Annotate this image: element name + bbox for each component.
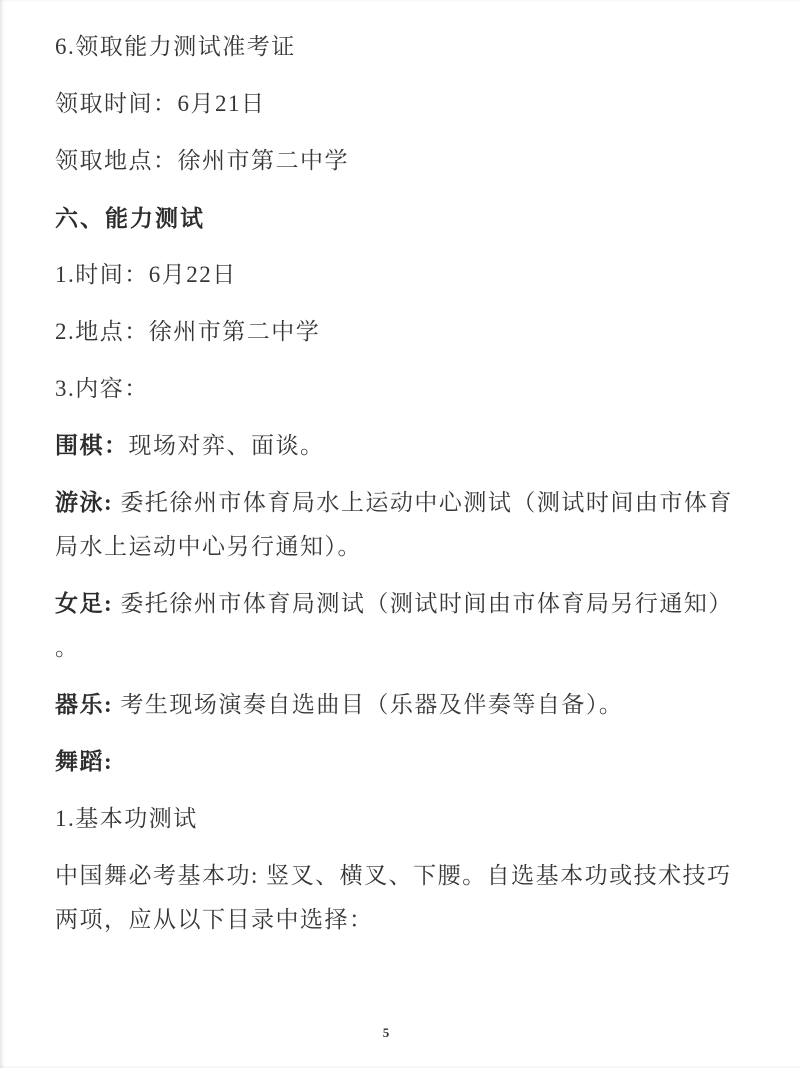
paragraph: 中国舞必考基本功: 竖叉、横叉、下腰。自选基本功或技术技巧 两项，应从以下目录中… xyxy=(55,854,750,942)
text-run: 2.地点：徐州市第二中学 xyxy=(55,319,320,344)
paragraph: 2.地点：徐州市第二中学 xyxy=(55,310,750,354)
text-run: 考生现场演奏自选曲目（乐器及伴奏等自备）。 xyxy=(113,692,623,717)
term-label: 女足: xyxy=(55,591,113,616)
paragraph: 游泳: 委托徐州市体育局水上运动中心测试（测试时间由市体育 局水上运动中心另行通… xyxy=(55,481,750,569)
text-run: 3.内容： xyxy=(55,376,149,401)
section-heading: 六、能力测试 xyxy=(55,196,750,240)
text-run: 领取时间：6月21日 xyxy=(55,91,266,116)
document-body: 6.领取能力测试准考证领取时间：6月21日领取地点：徐州市第二中学六、能力测试1… xyxy=(0,0,800,942)
paragraph: 3.内容： xyxy=(55,367,750,411)
text-run: 1.基本功测试 xyxy=(55,806,198,831)
term-label: 舞蹈: xyxy=(55,749,113,774)
text-run: 6.领取能力测试准考证 xyxy=(55,34,296,59)
text-run: 1.时间：6月22日 xyxy=(55,262,237,287)
paragraph: 1.基本功测试 xyxy=(55,797,750,841)
text-run: 中国舞必考基本功: 竖叉、横叉、下腰。自选基本功或技术技巧 两项，应从以下目录中… xyxy=(55,863,732,932)
paragraph: 围棋：现场对弈、面谈。 xyxy=(55,424,750,468)
paragraph: 舞蹈: xyxy=(55,740,750,784)
paragraph: 器乐: 考生现场演奏自选曲目（乐器及伴奏等自备）。 xyxy=(55,683,750,727)
text-run: 委托徐州市体育局测试（测试时间由市体育局另行通知） 。 xyxy=(55,591,733,660)
text-run: 委托徐州市体育局水上运动中心测试（测试时间由市体育 局水上运动中心另行通知）。 xyxy=(55,490,733,559)
term-label: 器乐: xyxy=(55,692,113,717)
term-label: 围棋： xyxy=(55,433,129,458)
term-label: 六、能力测试 xyxy=(55,205,205,231)
paragraph: 6.领取能力测试准考证 xyxy=(55,25,750,69)
page-footer: 5 xyxy=(0,1024,772,1068)
paragraph: 1.时间：6月22日 xyxy=(55,253,750,297)
paragraph: 领取地点：徐州市第二中学 xyxy=(55,139,750,183)
text-run: 现场对弈、面谈。 xyxy=(129,433,325,458)
term-label: 游泳: xyxy=(55,490,113,515)
text-run: 领取地点：徐州市第二中学 xyxy=(55,148,349,173)
paragraph: 女足: 委托徐州市体育局测试（测试时间由市体育局另行通知） 。 xyxy=(55,582,750,670)
document-page: 6.领取能力测试准考证领取时间：6月21日领取地点：徐州市第二中学六、能力测试1… xyxy=(0,0,800,1068)
paragraph: 领取时间：6月21日 xyxy=(55,82,750,126)
page-number: 5 xyxy=(383,1025,390,1040)
